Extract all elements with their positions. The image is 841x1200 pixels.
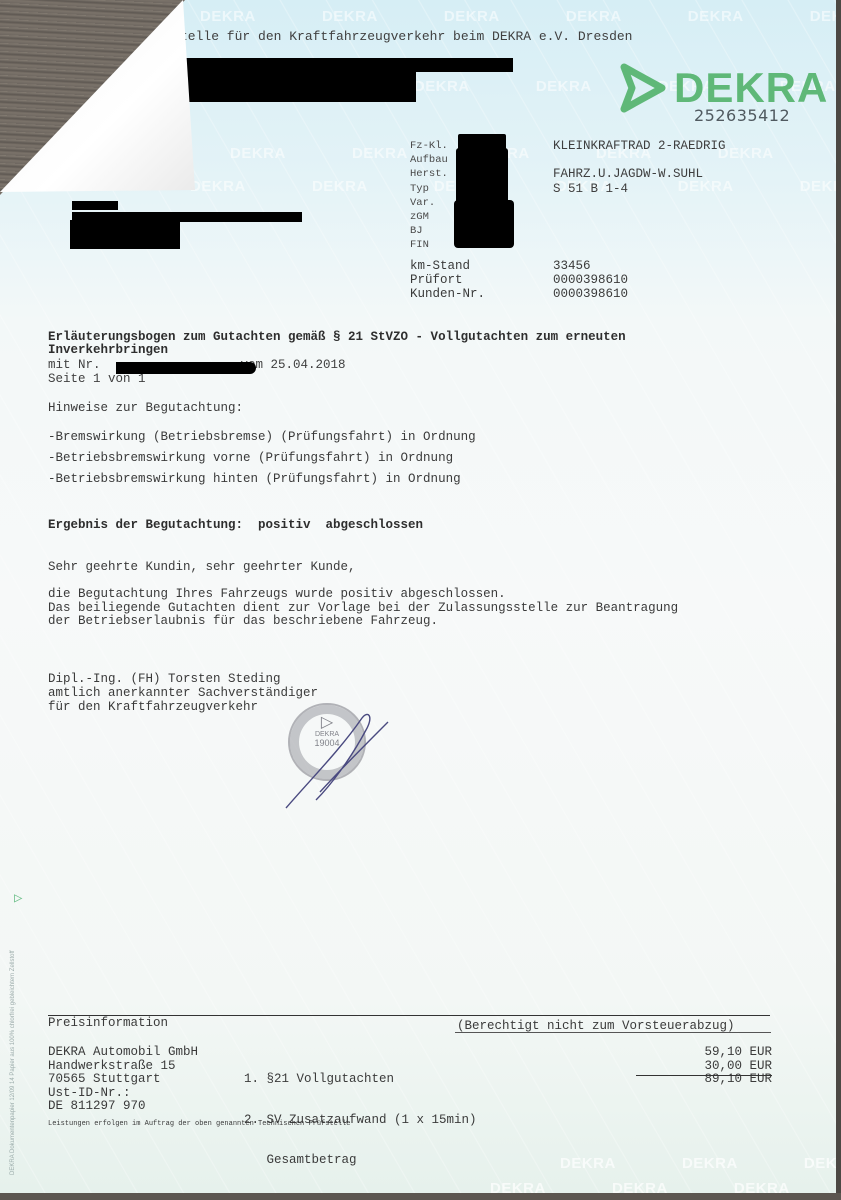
label-zgm: zGM [410,210,448,224]
price-total-label: Gesamtbetrag [244,1154,477,1168]
dekra-triangle-icon [620,63,666,113]
company-address: DEKRA Automobil GmbH Handwerkstraße 15 7… [48,1046,198,1114]
sum-divider [636,1075,772,1076]
vehicle-labels: Fz-Kl. Aufbau Herst. Typ Var. zGM BJ FIN [410,139,448,253]
note-item: -Betriebsbremswirkung hinten (Prüfungsfa… [48,469,476,490]
price-amount: 30,00 EUR [640,1060,772,1074]
label-typ: Typ [410,182,448,196]
signatory-title: amtlich anerkannter Sachverständiger [48,686,318,700]
vat-id: DE 811297 970 [48,1100,198,1114]
label-var: Var. [410,196,448,210]
value-kunden-nr: 0000398610 [553,287,628,301]
value-pruefort: 0000398610 [553,273,628,287]
label-bj: BJ [410,224,448,238]
note-item: -Bremswirkung (Betriebsbremse) (Prüfungs… [48,427,476,448]
note-item: -Betriebsbremswirkung vorne (Prüfungsfah… [48,448,476,469]
document-page: DEKRA DEKRA DEKRA DEKRA DEKRA DEKRA DEKR… [0,0,836,1193]
value-fz-kl: KLEINKRAFTRAD 2-RAEDRIG [553,139,726,153]
page-indicator: Seite 1 von 1 [48,372,346,386]
background-table [836,0,841,1200]
redacted-recipient [70,220,180,249]
vat-label: Ust-ID-Nr.: [48,1087,198,1101]
body-paragraph: die Begutachtung Ihres Fahrzeugs wurde p… [48,588,678,629]
signatory-name: Dipl.-Ing. (FH) Torsten Steding [48,672,318,686]
price-amount: 59,10 EUR [640,1046,772,1060]
watermark-row: DEKRA DEKRA DEKRA DEKRA DEKRA DEKRA DEKR… [190,178,836,195]
price-item: 1. §21 Vollgutachten [244,1073,477,1087]
result-line: Ergebnis der Begutachtung: positiv abges… [48,518,423,532]
notes-heading: Hinweise zur Begutachtung: [48,401,243,415]
notes-list: -Bremswirkung (Betriebsbremse) (Prüfungs… [48,427,476,490]
company-name: DEKRA Automobil GmbH [48,1046,198,1060]
company-street: Handwerkstraße 15 [48,1060,198,1074]
watermark-row: DEKRA DEKRA DEKRA DEKRA DEKRA DEKRA DEKR… [200,8,836,25]
price-heading: Preisinformation [48,1016,168,1030]
greeting: Sehr geehrte Kundin, sehr geehrter Kunde… [48,560,356,574]
label-km-stand: km-Stand [410,259,485,273]
footnote: Leistungen erfolgen im Auftrag der oben … [48,1120,350,1128]
redacted-vehicle-data [454,200,514,248]
value-aufbau [553,153,726,167]
label-herst: Herst. [410,167,448,181]
price-amounts: 59,10 EUR 30,00 EUR 89,10 EUR [640,1046,772,1087]
redacted-vehicle-data [456,148,508,208]
reference-prefix: mit Nr. [48,358,101,372]
label-aufbau: Aufbau [410,153,448,167]
tax-note: (Berechtigt nicht zum Vorsteuerabzug) [457,1019,735,1033]
inspection-values: 33456 0000398610 0000398610 [553,259,628,301]
redacted-reference-number [116,362,256,374]
redacted-recipient [72,201,118,210]
paragraph-line: der Betriebserlaubnis für das beschriebe… [48,615,678,629]
background-table [0,1193,841,1200]
company-city: 70565 Stuttgart [48,1073,198,1087]
issuer-line: telle für den Kraftfahrzeugverkehr beim … [180,29,632,44]
reference-date: vom 25.04.2018 [241,358,346,372]
paragraph-line: Das beiliegende Gutachten dient zur Vorl… [48,602,678,616]
paragraph-line: die Begutachtung Ihres Fahrzeugs wurde p… [48,588,678,602]
redacted-address [178,70,416,102]
signature [270,700,400,820]
margin-print: DEKRA Dokumentenpapier 12/09 14 Papier a… [10,950,16,1175]
document-number: 252635412 [694,106,790,125]
vehicle-values: KLEINKRAFTRAD 2-RAEDRIG FAHRZ.U.JAGDW-W.… [553,139,726,196]
title-line: Inverkehrbringen [48,344,626,357]
document-title: Erläuterungsbogen zum Gutachten gemäß § … [48,331,626,357]
value-typ: S 51 B 1-4 [553,182,726,196]
inspection-labels: km-Stand Prüfort Kunden-Nr. [410,259,485,301]
watermark-row: DEKRA DEKRA DEKRA DEKRA DEKRA DEKRA DEKR… [490,1180,836,1193]
watermark-row: DEKRA DEKRA DEKRA DEKRA DEKRA DEKRA DEKR… [560,1155,836,1172]
label-kunden-nr: Kunden-Nr. [410,287,485,301]
label-pruefort: Prüfort [410,273,485,287]
watermark-row: DEKRA DEKRA DEKRA DEKRA DEKRA DEKRA DEKR… [230,145,836,162]
value-herst: FAHRZ.U.JAGDW-W.SUHL [553,167,726,181]
value-km-stand: 33456 [553,259,628,273]
brand-name: DEKRA [674,64,828,112]
divider [455,1032,771,1033]
label-fz-kl: Fz-Kl. [410,139,448,153]
label-fin: FIN [410,238,448,252]
dekra-triangle-icon: ▷ [14,890,22,907]
